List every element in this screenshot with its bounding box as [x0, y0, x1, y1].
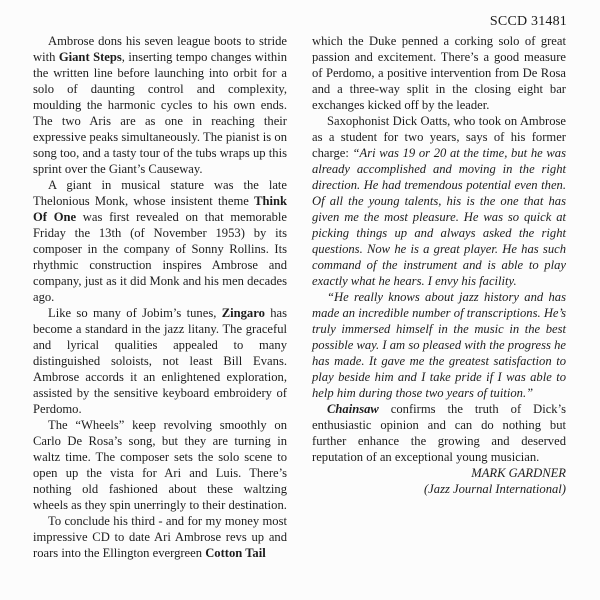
track-title-zingaro: Zingaro [222, 306, 265, 320]
left-column: Ambrose dons his seven league boots to s… [33, 33, 287, 561]
liner-notes-page: SCCD 31481 Ambrose dons his seven league… [0, 0, 600, 600]
paragraph-chainsaw: Chainsaw confirms the truth of Dick’s en… [312, 401, 566, 465]
track-title-chainsaw: Chainsaw [327, 402, 379, 416]
paragraph-text: , inserting tempo changes within the wri… [33, 50, 287, 176]
paragraph-quote-2: “He really knows about jazz history and … [312, 289, 566, 401]
paragraph-text: has become a standard in the jazz litany… [33, 306, 287, 416]
paragraph-oatts: Saxophonist Dick Oatts, who took on Ambr… [312, 113, 566, 289]
catalog-number: SCCD 31481 [490, 14, 567, 30]
paragraph-cotton-tail: To conclude his third - and for my money… [33, 513, 287, 561]
paragraph-zingaro: Like so many of Jobim’s tunes, Zingaro h… [33, 305, 287, 417]
right-column: which the Duke penned a corking solo of … [312, 33, 566, 497]
paragraph-text: was first revealed on that memorable Fri… [33, 210, 287, 304]
track-title-giant-steps: Giant Steps [59, 50, 122, 64]
quote-text: “Ari was 19 or 20 at the time, but he wa… [312, 146, 566, 288]
track-title-cotton-tail: Cotton Tail [205, 546, 266, 560]
paragraph-giant-steps: Ambrose dons his seven league boots to s… [33, 33, 287, 177]
paragraph-text: The “Wheels” keep revolving smoothly on … [33, 418, 287, 512]
signature-publication: (Jazz Journal International) [312, 481, 566, 497]
paragraph-think-of-one: A giant in musical stature was the late … [33, 177, 287, 305]
paragraph-wheels: The “Wheels” keep revolving smoothly on … [33, 417, 287, 513]
signature-name: MARK GARDNER [312, 465, 566, 481]
paragraph-continuation: which the Duke penned a corking solo of … [312, 33, 566, 113]
paragraph-text: A giant in musical stature was the late … [33, 178, 287, 208]
paragraph-text: Like so many of Jobim’s tunes, [48, 306, 222, 320]
